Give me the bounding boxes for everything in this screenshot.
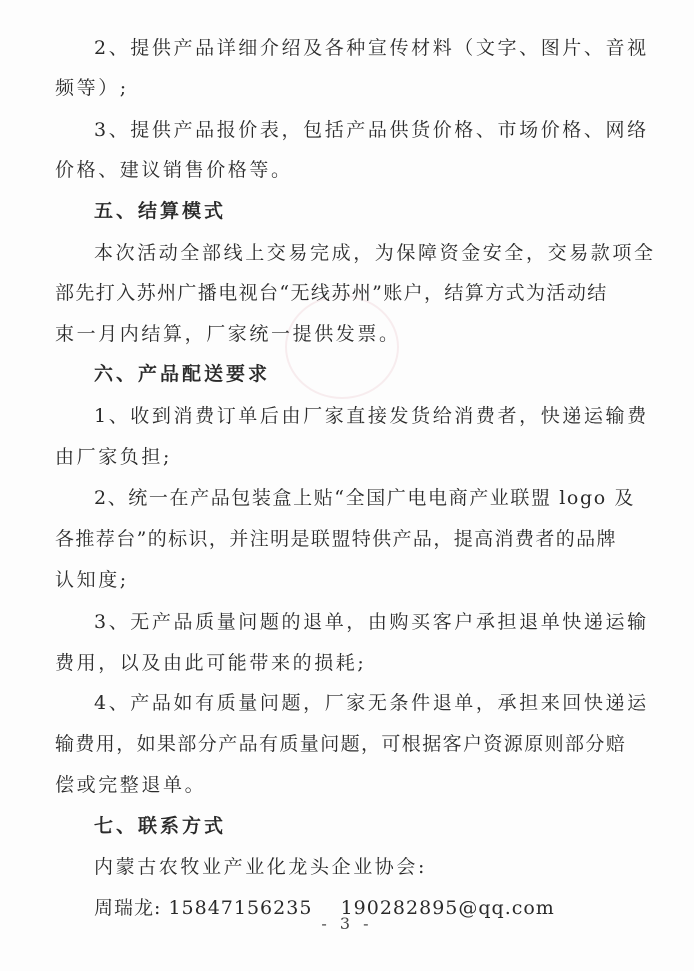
section-heading-delivery: 六、产品配送要求 [94, 362, 674, 386]
paragraph-line: 认知度; [55, 568, 635, 592]
paragraph-line: 本次活动全部线上交易完成，为保障资金安全，交易款项全 [94, 241, 674, 265]
paragraph-line: 各推荐台”的标识，并注明是联盟特供产品，提高消费者的品牌 [55, 527, 635, 551]
paragraph-line: 3、提供产品报价表，包括产品供货价格、市场价格、网络 [94, 118, 674, 142]
paragraph-line: 价格、建议销售价格等。 [55, 158, 635, 182]
paragraph-line: 束一月内结算，厂家统一提供发票。 [55, 322, 635, 346]
paragraph-line: 部先打入苏州广播电视台“无线苏州”账户，结算方式为活动结 [55, 281, 635, 305]
paragraph-line: 偿或完整退单。 [55, 773, 635, 797]
paragraph-line: 费用，以及由此可能带来的损耗; [55, 651, 635, 675]
contact-organization: 内蒙古农牧业产业化龙头企业协会: [94, 855, 674, 879]
section-heading-settlement: 五、结算模式 [94, 199, 674, 223]
page-number: - 3 - [0, 914, 694, 933]
section-heading-contact: 七、联系方式 [94, 814, 674, 838]
paragraph-line: 4、产品如有质量问题，厂家无条件退单，承担来回快递运 [94, 691, 674, 715]
paragraph-line: 1、收到消费订单后由厂家直接发货给消费者，快递运输费 [94, 404, 674, 428]
paragraph-line: 由厂家负担; [55, 445, 635, 469]
paragraph-line: 输费用，如果部分产品有质量问题，可根据客户资源原则部分赔 [55, 732, 635, 756]
paragraph-line: 频等）; [55, 76, 635, 100]
paragraph-line: 2、提供产品详细介绍及各种宣传材料（文字、图片、音视 [94, 36, 674, 60]
paragraph-line: 2、统一在产品包装盒上贴“全国广电电商产业联盟 logo 及 [94, 486, 674, 510]
paragraph-line: 3、无产品质量问题的退单，由购买客户承担退单快递运输 [94, 610, 674, 634]
